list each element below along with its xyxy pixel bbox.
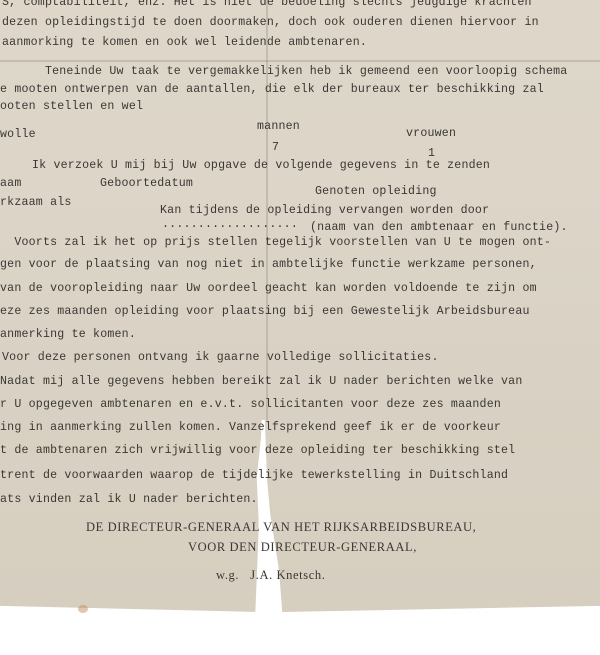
- line: e mooten ontwerpen van de aantallen, die…: [0, 84, 544, 96]
- field-werkzaam-als: rkzaam als: [0, 197, 72, 209]
- paragraph-line: eze zes maanden opleiding voor plaatsing…: [0, 306, 530, 318]
- field-dots: ...................: [162, 219, 298, 231]
- paragraph-line: anmerking te komen.: [0, 329, 136, 341]
- table-value-vrouwen: 1: [428, 148, 435, 160]
- table-value-mannen: 7: [272, 142, 279, 154]
- signature-line-3: w.g. J.A. Knetsch.: [216, 569, 325, 582]
- table-row-label: wolle: [0, 129, 36, 141]
- field-vervangen: Kan tijdens de opleiding vervangen worde…: [160, 205, 489, 217]
- field-naam: aam: [0, 178, 21, 190]
- paragraph-line: gen voor de plaatsing van nog niet in am…: [0, 259, 537, 271]
- fold-crease-horizontal: [0, 60, 600, 62]
- table-header-mannen: mannen: [257, 121, 300, 133]
- line: aanmorking te komen en ook wel leidende …: [2, 37, 367, 49]
- paragraph-line: t de ambtenaren zich vrijwillig voor dez…: [0, 445, 515, 457]
- paragraph-line: trent de voorwaarden waarop de tijdelijk…: [0, 470, 508, 482]
- paragraph-line: r U opgegeven ambtenaren en e.v.t. solli…: [0, 399, 501, 411]
- signature-line-1: DE DIRECTEUR-GENERAAL VAN HET RIJKSARBEI…: [86, 521, 476, 534]
- line: ooten stellen en wel: [0, 101, 143, 113]
- field-naam-functie: (naam van den ambtenaar en functie).: [310, 222, 568, 234]
- request-line: Ik verzoek U mij bij Uw opgave de volgen…: [32, 160, 490, 172]
- line: Teneinde Uw taak te vergemakkelijken heb…: [2, 66, 567, 78]
- field-geboortedatum: Geboortedatum: [100, 178, 193, 190]
- paragraph-line: ats vinden zal ik U nader berichten.: [0, 494, 258, 506]
- line-header-partial: S, comptabiliteit, enz. Het is niet de b…: [2, 0, 532, 9]
- field-genoten-opleiding: Genoten opleiding: [315, 186, 437, 198]
- paragraph-line: van de vooropleiding naar Uw oordeel gea…: [0, 283, 537, 295]
- signature-line-2: VOOR DEN DIRECTEUR-GENERAAL,: [188, 541, 417, 554]
- paragraph-line: Voorts zal ik het op prijs stellen tegel…: [0, 237, 551, 249]
- paragraph-line: Nadat mij alle gegevens hebben bereikt z…: [0, 376, 523, 388]
- paragraph-line: Voor deze personen ontvang ik gaarne vol…: [2, 352, 439, 364]
- line: dezen opleidingstijd te doen doormaken, …: [2, 17, 539, 29]
- table-header-vrouwen: vrouwen: [406, 128, 456, 140]
- paragraph-line: ing in aanmerking zullen komen. Vanzelfs…: [0, 422, 501, 434]
- stain-spot: [78, 605, 88, 613]
